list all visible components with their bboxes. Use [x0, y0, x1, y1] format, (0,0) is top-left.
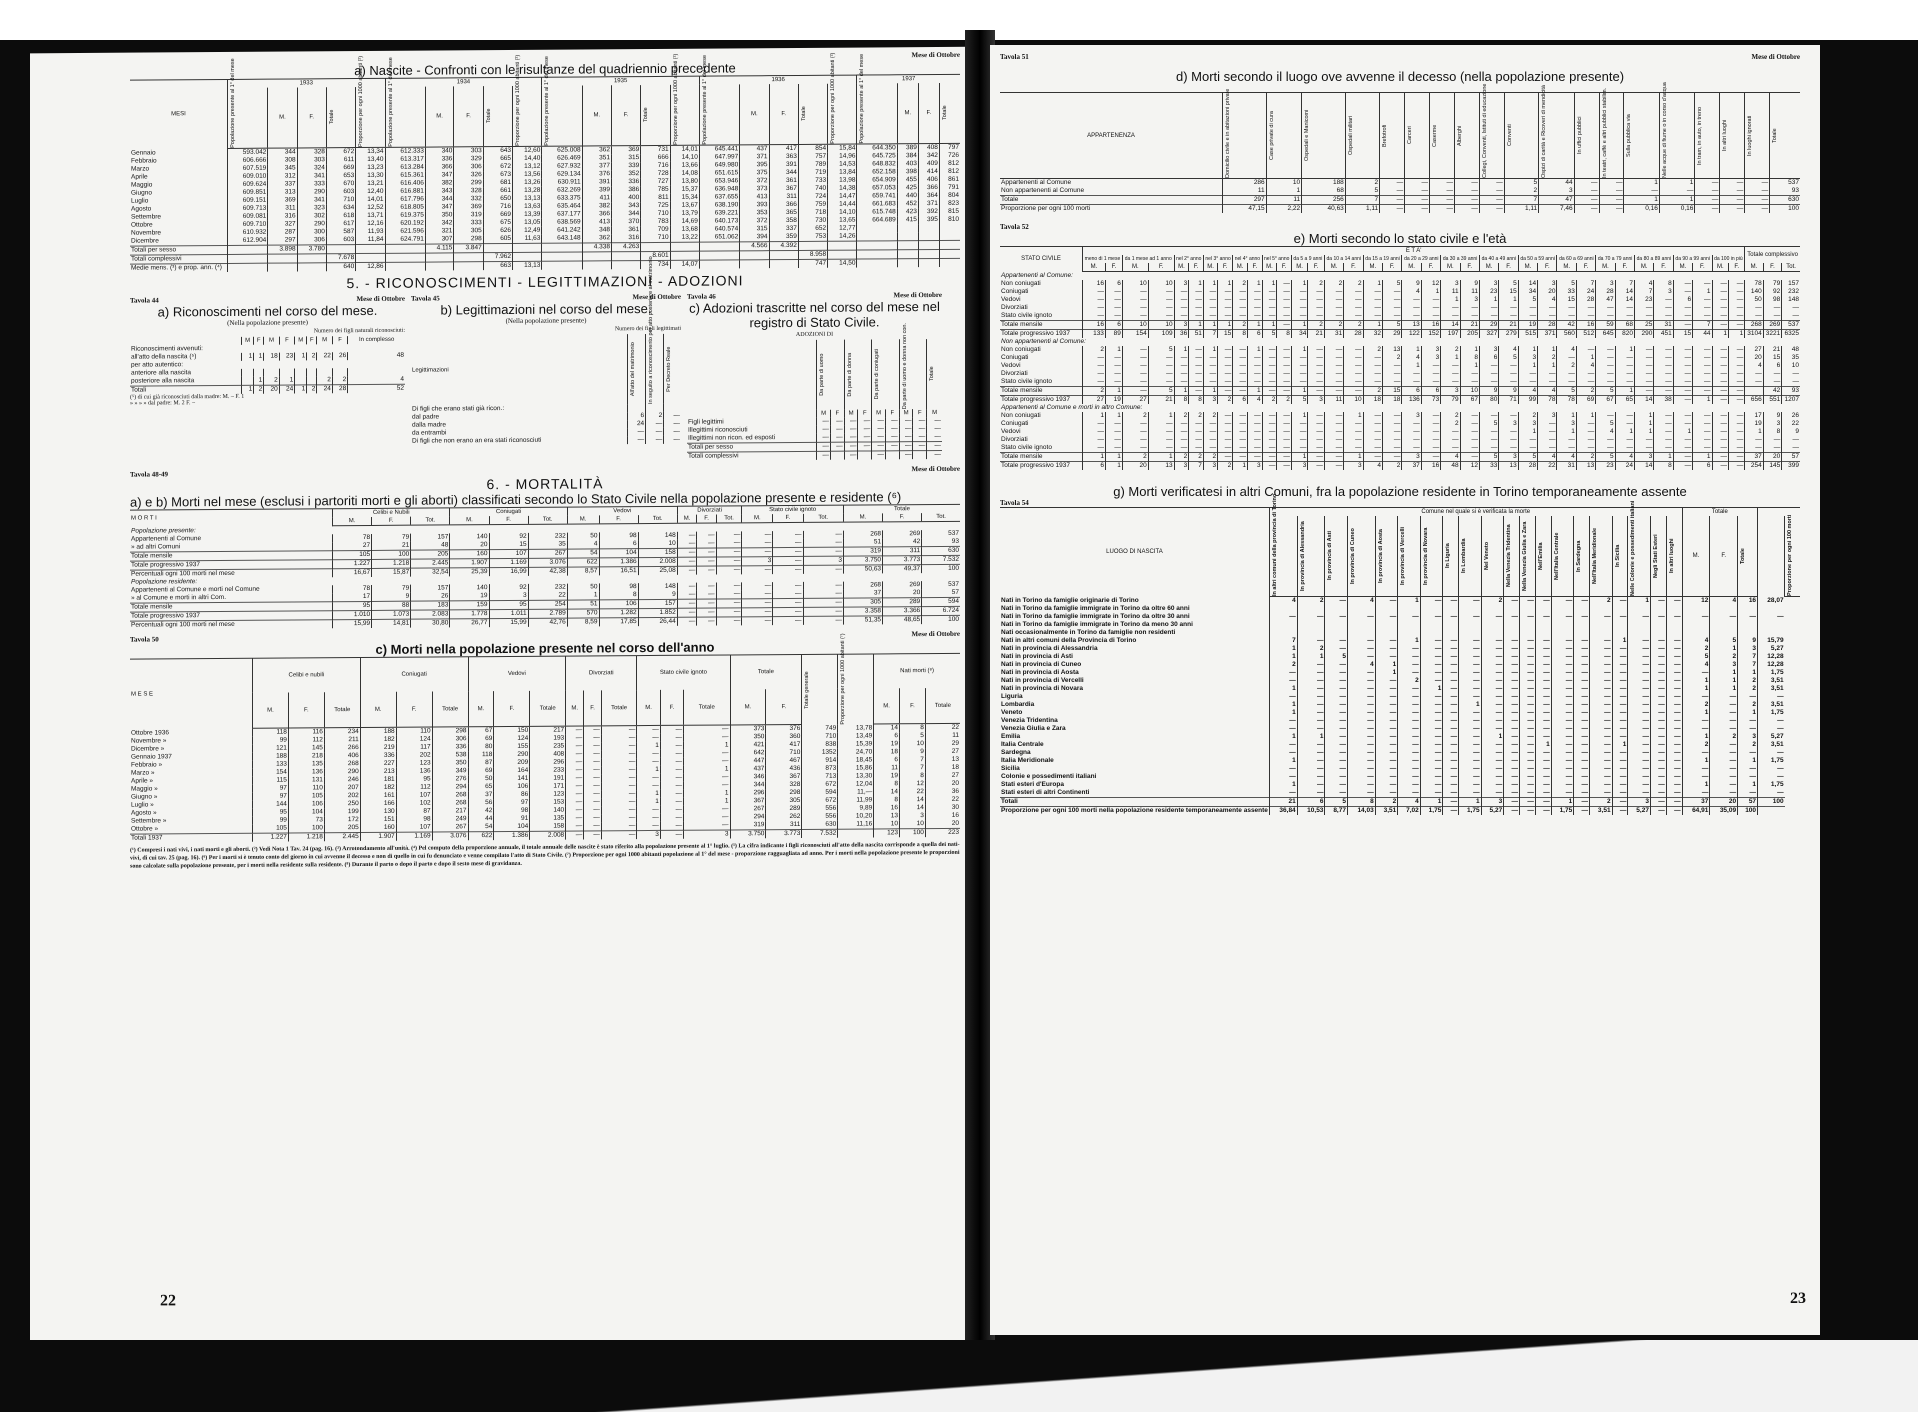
table-cell: — — [1710, 749, 1738, 757]
table-cell: 414 — [918, 168, 939, 176]
column-header: Totale generale — [802, 654, 838, 725]
table-cell: 13,49 — [838, 732, 874, 740]
table-cell: 1,11 — [1345, 205, 1379, 214]
table-cell: 22 — [1782, 420, 1800, 428]
table-cell: 3.780 — [297, 245, 326, 254]
table-cell: — — [1693, 304, 1712, 312]
column-header: Case private di cura — [1266, 93, 1301, 179]
table-cell: 268 — [843, 581, 882, 589]
table-cell: — — [1666, 701, 1682, 709]
table-cell: 246 — [324, 776, 360, 784]
table-cell: 18 — [1383, 396, 1402, 405]
table-cell: — — [1308, 378, 1325, 387]
table-cell: 6325 — [1782, 330, 1800, 339]
table-cell: — — [1420, 701, 1443, 709]
table-cell: — — [1666, 653, 1682, 661]
table-cell: — — [584, 806, 602, 814]
table-cell: 19 — [450, 592, 489, 601]
table-cell: — — [1460, 304, 1479, 312]
table-cell: 395 — [740, 161, 769, 169]
table-cell: — — [1695, 179, 1720, 188]
table-cell: — — [1297, 709, 1325, 717]
table-cell: 105 — [253, 825, 289, 834]
table-cell: 305 — [766, 797, 802, 805]
table-cell: — — [584, 750, 602, 758]
table-cell: 22 — [528, 591, 567, 600]
row-label: Divorziati — [1000, 370, 1083, 378]
table-cell: 42 — [1557, 321, 1576, 330]
table-cell: 669 — [326, 164, 355, 172]
table-cell: — — [1499, 370, 1518, 378]
table-cell: — — [1459, 653, 1482, 661]
table-cell: 218 — [288, 752, 324, 760]
table-cell — [317, 368, 332, 376]
table-cell: 375 — [740, 169, 769, 177]
table-cell: 11 — [1223, 187, 1267, 196]
column-header: Legittimazioni — [411, 334, 628, 406]
table-cell: 234 — [324, 728, 360, 737]
table-cell: — — [1590, 709, 1613, 717]
table-cell: — — [1105, 378, 1122, 387]
table-cell: 9,89 — [838, 804, 874, 812]
column-header: F. — [769, 84, 798, 145]
table-cell — [425, 262, 454, 271]
table-cell: 17 — [1745, 412, 1764, 420]
table-cell: — — [1347, 741, 1375, 749]
table-cell — [1420, 621, 1443, 629]
table-cell: — — [1324, 346, 1343, 354]
table-cell — [1443, 605, 1459, 613]
table-cell: — — [1398, 741, 1421, 749]
table-cell: 815 — [939, 208, 960, 216]
table-cell: 1.227 — [333, 559, 372, 568]
column-header: F. — [288, 693, 324, 729]
table-cell: 276 — [432, 775, 468, 783]
table-cell: 14,01 — [356, 196, 385, 204]
table-cell: — — [1325, 685, 1348, 693]
table-cell: — — [1654, 354, 1673, 362]
table-cell: 336 — [360, 752, 396, 760]
row-label: Italia Meridionale — [1000, 757, 1269, 765]
table-cell: 1 — [1398, 637, 1421, 645]
table-cell: 8 — [1654, 280, 1673, 288]
table-cell: 9 — [372, 592, 411, 601]
table-cell: — — [1174, 428, 1189, 436]
table-cell: 1 — [1262, 280, 1277, 288]
table-cell: — — [1763, 436, 1782, 444]
table-cell: 2 — [1083, 346, 1106, 354]
table-cell: — — [1248, 370, 1263, 378]
column-header-label: Totale — [928, 339, 936, 409]
table-cell: — — [1441, 362, 1460, 370]
tavola-label: Tavola 52 — [1000, 223, 1029, 231]
tavola44-group-header: Numero dei figli naturali riconosciuti: — [130, 328, 405, 336]
month-label: Mese di Ottobre — [633, 293, 681, 301]
table-cell: — — [1535, 677, 1551, 685]
table-cell: — — [1459, 773, 1482, 781]
table-cell — [332, 368, 347, 376]
table-cell: 135 — [288, 760, 324, 768]
table-cell: 140 — [450, 533, 489, 541]
table-cell: — — [1551, 645, 1574, 653]
table-cell: 328 — [297, 148, 326, 157]
table-cell: — — [1277, 453, 1292, 462]
table-cell: — — [1535, 807, 1551, 816]
table-cell: — — [1174, 304, 1189, 312]
table-cell: 161 — [360, 792, 396, 800]
table-cell: — — [742, 565, 773, 574]
table-cell: 791 — [939, 184, 960, 192]
column-header: F. — [611, 85, 640, 146]
table-cell: 79 — [372, 584, 411, 592]
table-cell: — — [1628, 637, 1651, 645]
table-cell: 69 — [468, 735, 494, 743]
table-cell: — — [1615, 420, 1634, 428]
row-label: Vedovi — [1000, 362, 1083, 370]
table-cell: 810 — [939, 216, 960, 224]
table-cell: — — [1576, 370, 1595, 378]
table-cell: — — [1693, 280, 1712, 288]
table-row: Vedovi——————————————————1——1——1124——————… — [1000, 362, 1800, 370]
table-cell: 1 — [1420, 798, 1443, 807]
table-cell: — — [1443, 789, 1459, 798]
table-cell: — — [1682, 725, 1710, 733]
table-cell: — — [1218, 346, 1233, 354]
table-cell: 1 — [254, 353, 264, 361]
table-cell: 316 — [268, 212, 297, 220]
table-cell: 640 — [326, 263, 355, 272]
table-cell: — — [1666, 597, 1682, 606]
table-cell: 106 — [288, 800, 324, 808]
column-header: da 90 a 99 anni — [1673, 255, 1712, 263]
row-label: Totali 1937 — [130, 833, 253, 842]
table-cell: — — [1297, 749, 1325, 757]
table-cell: — — [1105, 354, 1122, 362]
table-row: Emilia11———————1——————————1235,27 — [1000, 733, 1800, 741]
table-cell: — — [1712, 462, 1729, 471]
table-cell: 415 — [897, 216, 918, 224]
table-cell: 47 — [1539, 196, 1574, 205]
table-cell: 3 — [1654, 288, 1673, 296]
table-cell: 1 — [295, 385, 307, 394]
table-cell: 342 — [918, 152, 939, 160]
table-cell: 1.010 — [333, 610, 372, 619]
table-cell: — — [1325, 661, 1348, 669]
table-cell: 1.282 — [599, 608, 638, 617]
table-cell: 160 — [360, 824, 396, 833]
table-cell: 18 — [264, 353, 279, 361]
table-cell: 1 — [295, 352, 307, 360]
table-cell: — — [1504, 757, 1520, 765]
table-cell: — — [1479, 378, 1498, 387]
table-cell: — — [1712, 354, 1729, 362]
table-cell: — — [1628, 613, 1651, 621]
table-cell: — — [1635, 387, 1654, 396]
table-cell: 13,34 — [356, 147, 385, 156]
table-cell: — — [1576, 378, 1595, 387]
table-cell: — — [1380, 179, 1405, 188]
table-cell: — — [844, 426, 858, 434]
table-cell: 1 — [1499, 296, 1518, 304]
table-cell: 733 — [798, 177, 827, 185]
column-header: nel 4° anno — [1233, 255, 1262, 263]
table-cell: 15,99 — [333, 619, 372, 628]
table-cell: 594 — [922, 597, 960, 606]
table-cell: — — [1520, 773, 1536, 781]
nascite-body: Gennaio593.04234432867213,34612.33334030… — [130, 143, 960, 272]
table-cell: 1 — [637, 798, 661, 806]
table-row: Non coniugati21—51—1——1——1———21313213411… — [1000, 346, 1800, 354]
table-cell: — — [1535, 733, 1551, 741]
table-cell: 649.980 — [699, 161, 739, 169]
table-cell: — — [660, 725, 683, 734]
column-header: M. — [637, 690, 661, 725]
table-cell: 731 — [641, 145, 670, 154]
row-label: Non coniugati — [1000, 346, 1083, 354]
table-cell: — — [1398, 685, 1421, 693]
table-cell: — — [660, 790, 683, 798]
table-cell: — — [1535, 613, 1551, 621]
table-cell: — — [1325, 717, 1348, 725]
table-cell: — — [1398, 693, 1421, 701]
table-cell: 35,09 — [1710, 807, 1738, 816]
table-cell: — — [1557, 370, 1576, 378]
table-cell: 3 — [1499, 420, 1518, 428]
table-cell: 51 — [567, 599, 599, 608]
table-row: Non coniugati16610103111211—122215912393… — [1000, 280, 1800, 288]
table-cell — [1551, 605, 1574, 613]
table-cell: 10 — [1266, 179, 1301, 188]
table-cell: — — [742, 539, 773, 548]
table-cell: — — [1538, 304, 1557, 312]
table-cell: 854 — [798, 144, 827, 153]
table-cell: 166 — [360, 800, 396, 808]
table-cell: 389 — [897, 144, 918, 153]
table-cell: — — [1174, 378, 1189, 387]
column-header: In tram, in auto, in treno — [1695, 93, 1720, 179]
eta-header: E T A' — [1083, 247, 1745, 256]
table-cell: — — [830, 426, 844, 434]
table-cell: 121 — [253, 745, 289, 753]
tavola45-body: LegittimazioniAll'atto del matrimonioIn … — [411, 334, 681, 446]
table-cell — [1710, 605, 1738, 613]
table-cell — [1738, 605, 1758, 613]
row-label: Nati in provincia di Novara — [1000, 685, 1269, 693]
table-cell — [699, 260, 739, 269]
column-header: da 15 a 19 anni — [1363, 255, 1402, 263]
table-cell: — — [1504, 701, 1520, 709]
table-cell: 1 — [1269, 653, 1297, 661]
column-header: Nelle acque di fiume o in corso d'acqua — [1659, 93, 1694, 179]
scan-bottom-edge — [0, 1340, 1918, 1412]
table-cell: — — [1520, 645, 1536, 653]
table-cell: — — [1122, 362, 1148, 370]
table-cell: — — [1504, 807, 1520, 816]
table-cell: 1 — [1729, 330, 1745, 339]
table-cell: 37 — [1745, 453, 1764, 462]
table-cell: 5 — [1710, 637, 1738, 645]
table-cell: 213 — [360, 768, 396, 776]
column-header: F. — [900, 688, 926, 723]
table-cell: — — [1460, 436, 1479, 444]
table-cell: 37 — [468, 791, 494, 799]
table-cell: — — [1738, 765, 1758, 773]
table-cell: — — [1421, 304, 1440, 312]
table-cell: — — [1693, 387, 1712, 396]
table-cell — [264, 369, 279, 377]
table-cell: 12,77 — [828, 225, 857, 233]
table-cell: 2 — [646, 412, 664, 420]
table-cell: — — [1325, 677, 1348, 685]
table-cell: — — [1421, 378, 1440, 387]
column-header: F — [913, 409, 927, 417]
table-cell: 95 — [396, 776, 432, 784]
table-cell: 2 — [1345, 179, 1379, 188]
column-header: M. — [468, 691, 494, 726]
table-cell: — — [1174, 444, 1189, 453]
table-cell: — — [684, 733, 730, 741]
table-cell: 10 — [638, 539, 677, 548]
table-cell: 110 — [396, 727, 432, 736]
column-header: F. — [584, 691, 602, 726]
table-cell: — — [1673, 312, 1692, 321]
table-cell: 254 — [1745, 462, 1764, 471]
table-cell: — — [584, 814, 602, 822]
table-cell: 319 — [843, 546, 882, 555]
column-header: M. — [874, 689, 900, 724]
column-header: Per Decreto Reale — [664, 334, 681, 404]
table-cell: 2 — [1324, 280, 1343, 288]
table-cell: — — [1650, 685, 1666, 693]
table-cell: 11,84 — [356, 236, 385, 245]
table-cell: — — [1628, 757, 1651, 765]
table-cell: — — [1612, 807, 1628, 816]
table-cell: 726 — [939, 152, 960, 160]
table-cell: — — [1189, 436, 1204, 444]
table-cell: 92 — [489, 532, 528, 540]
column-header: M. — [1324, 263, 1343, 272]
table-cell — [1297, 605, 1325, 613]
table-cell: — — [1551, 749, 1574, 757]
table-cell: — — [697, 531, 716, 539]
table-cell: 710 — [326, 196, 355, 204]
column-header: In provincia di Vercelli — [1398, 516, 1421, 597]
column-header-label: Totale — [642, 85, 650, 145]
table-cell: 718 — [798, 209, 827, 217]
table-cell: — — [1481, 669, 1504, 677]
table-cell: — — [1347, 765, 1375, 773]
table-cell: — — [1308, 412, 1325, 420]
table-cell: — — [1576, 346, 1595, 354]
table-row: Nati in altri comuni della Provincia di … — [1000, 637, 1800, 645]
table-cell: — — [1712, 321, 1729, 330]
table-cell: 319 — [454, 211, 483, 219]
table-cell: 1 — [1693, 396, 1712, 405]
left-page: Mese di Ottobre a) Nascite - Confronti c… — [30, 47, 985, 1349]
table-row: Nati in Torino da famiglie immigrate in … — [1000, 613, 1800, 621]
table-cell: 86 — [494, 791, 530, 799]
table-cell: — — [1324, 370, 1343, 378]
table-cell: 100 — [900, 829, 926, 838]
row-label: Stato civile ignoto — [1000, 312, 1083, 321]
table-cell: — — [1459, 613, 1482, 621]
table-row: Sicilia———————————————————————— — [1000, 765, 1800, 773]
table-cell: — — [1729, 296, 1745, 304]
table-cell: 5 — [1518, 453, 1537, 462]
table-cell: 22 — [317, 352, 332, 360]
table-cell: 16 — [1738, 597, 1758, 606]
table-cell: 159 — [450, 600, 489, 609]
table-cell: 4 — [1710, 597, 1738, 606]
table-cell: — — [1745, 304, 1764, 312]
table-cell: 23 — [1479, 288, 1498, 296]
table-cell: 44 — [1539, 179, 1574, 188]
table-cell: — — [1590, 781, 1613, 789]
table-cell: 1.907 — [360, 832, 396, 841]
table-cell: 392 — [918, 208, 939, 216]
row-label: Totale progressivo 1937 — [1000, 462, 1083, 471]
table-cell: 3,51 — [1758, 677, 1785, 685]
table-cell: 3.076 — [432, 832, 468, 841]
table-cell: 645 — [1596, 330, 1615, 339]
table-cell: — — [1650, 597, 1666, 606]
table-cell: 3.773 — [883, 555, 922, 564]
table-cell — [1758, 621, 1785, 629]
table-cell: — — [1551, 717, 1574, 725]
table-cell: 26 — [411, 592, 450, 601]
table-cell: 97 — [253, 785, 289, 793]
table-cell: — — [1383, 436, 1402, 444]
table-cell: — — [1712, 420, 1729, 428]
table-cell: — — [1291, 288, 1308, 296]
column-header: Nel Veneto — [1481, 516, 1504, 597]
table-cell: 182 — [360, 784, 396, 792]
table-cell: 366 — [918, 184, 939, 192]
table-cell: — — [1654, 412, 1673, 420]
table-row: Non coniugati1121222—————1——1——3—2———231… — [1000, 412, 1800, 420]
table-cell: — — [830, 442, 844, 451]
table-cell: 5 — [1325, 653, 1348, 661]
table-cell: — — [1189, 428, 1204, 436]
table-cell: 123 — [530, 791, 566, 799]
table-cell: — — [1596, 304, 1615, 312]
column-header-label: Da parte di uomo e donna non con. — [901, 339, 909, 409]
table-cell: — — [1105, 420, 1122, 428]
column-header: Popolazione presente al 1° del mese — [385, 87, 425, 148]
table-cell: 408 — [530, 751, 566, 759]
table-cell: 1 — [1297, 733, 1325, 741]
column-header-label: Nell'Emilia — [1537, 516, 1545, 596]
table-cell: 409 — [918, 160, 939, 168]
table-cell: — — [1596, 312, 1615, 321]
col-header-stato-civile: STATO CIVILE — [1000, 247, 1083, 272]
table-cell: — — [742, 531, 773, 539]
table-cell: 19 — [1518, 321, 1537, 330]
table-cell: 347 — [425, 171, 454, 179]
table-cell: — — [1248, 296, 1263, 304]
table-cell: 1 — [1105, 453, 1122, 462]
table-cell: 1 — [1375, 661, 1398, 669]
table-cell: — — [1269, 717, 1297, 725]
table-row: Totale297112567—————747——11———630 — [1000, 196, 1800, 205]
table-cell: 1 — [1402, 346, 1421, 354]
table-cell: — — [1650, 701, 1666, 709]
column-header: M. — [843, 513, 882, 522]
table-cell: — — [1454, 179, 1479, 188]
table-cell: — — [1398, 749, 1421, 757]
table-cell: 1 — [1745, 428, 1764, 436]
table-cell: — — [1347, 637, 1375, 645]
